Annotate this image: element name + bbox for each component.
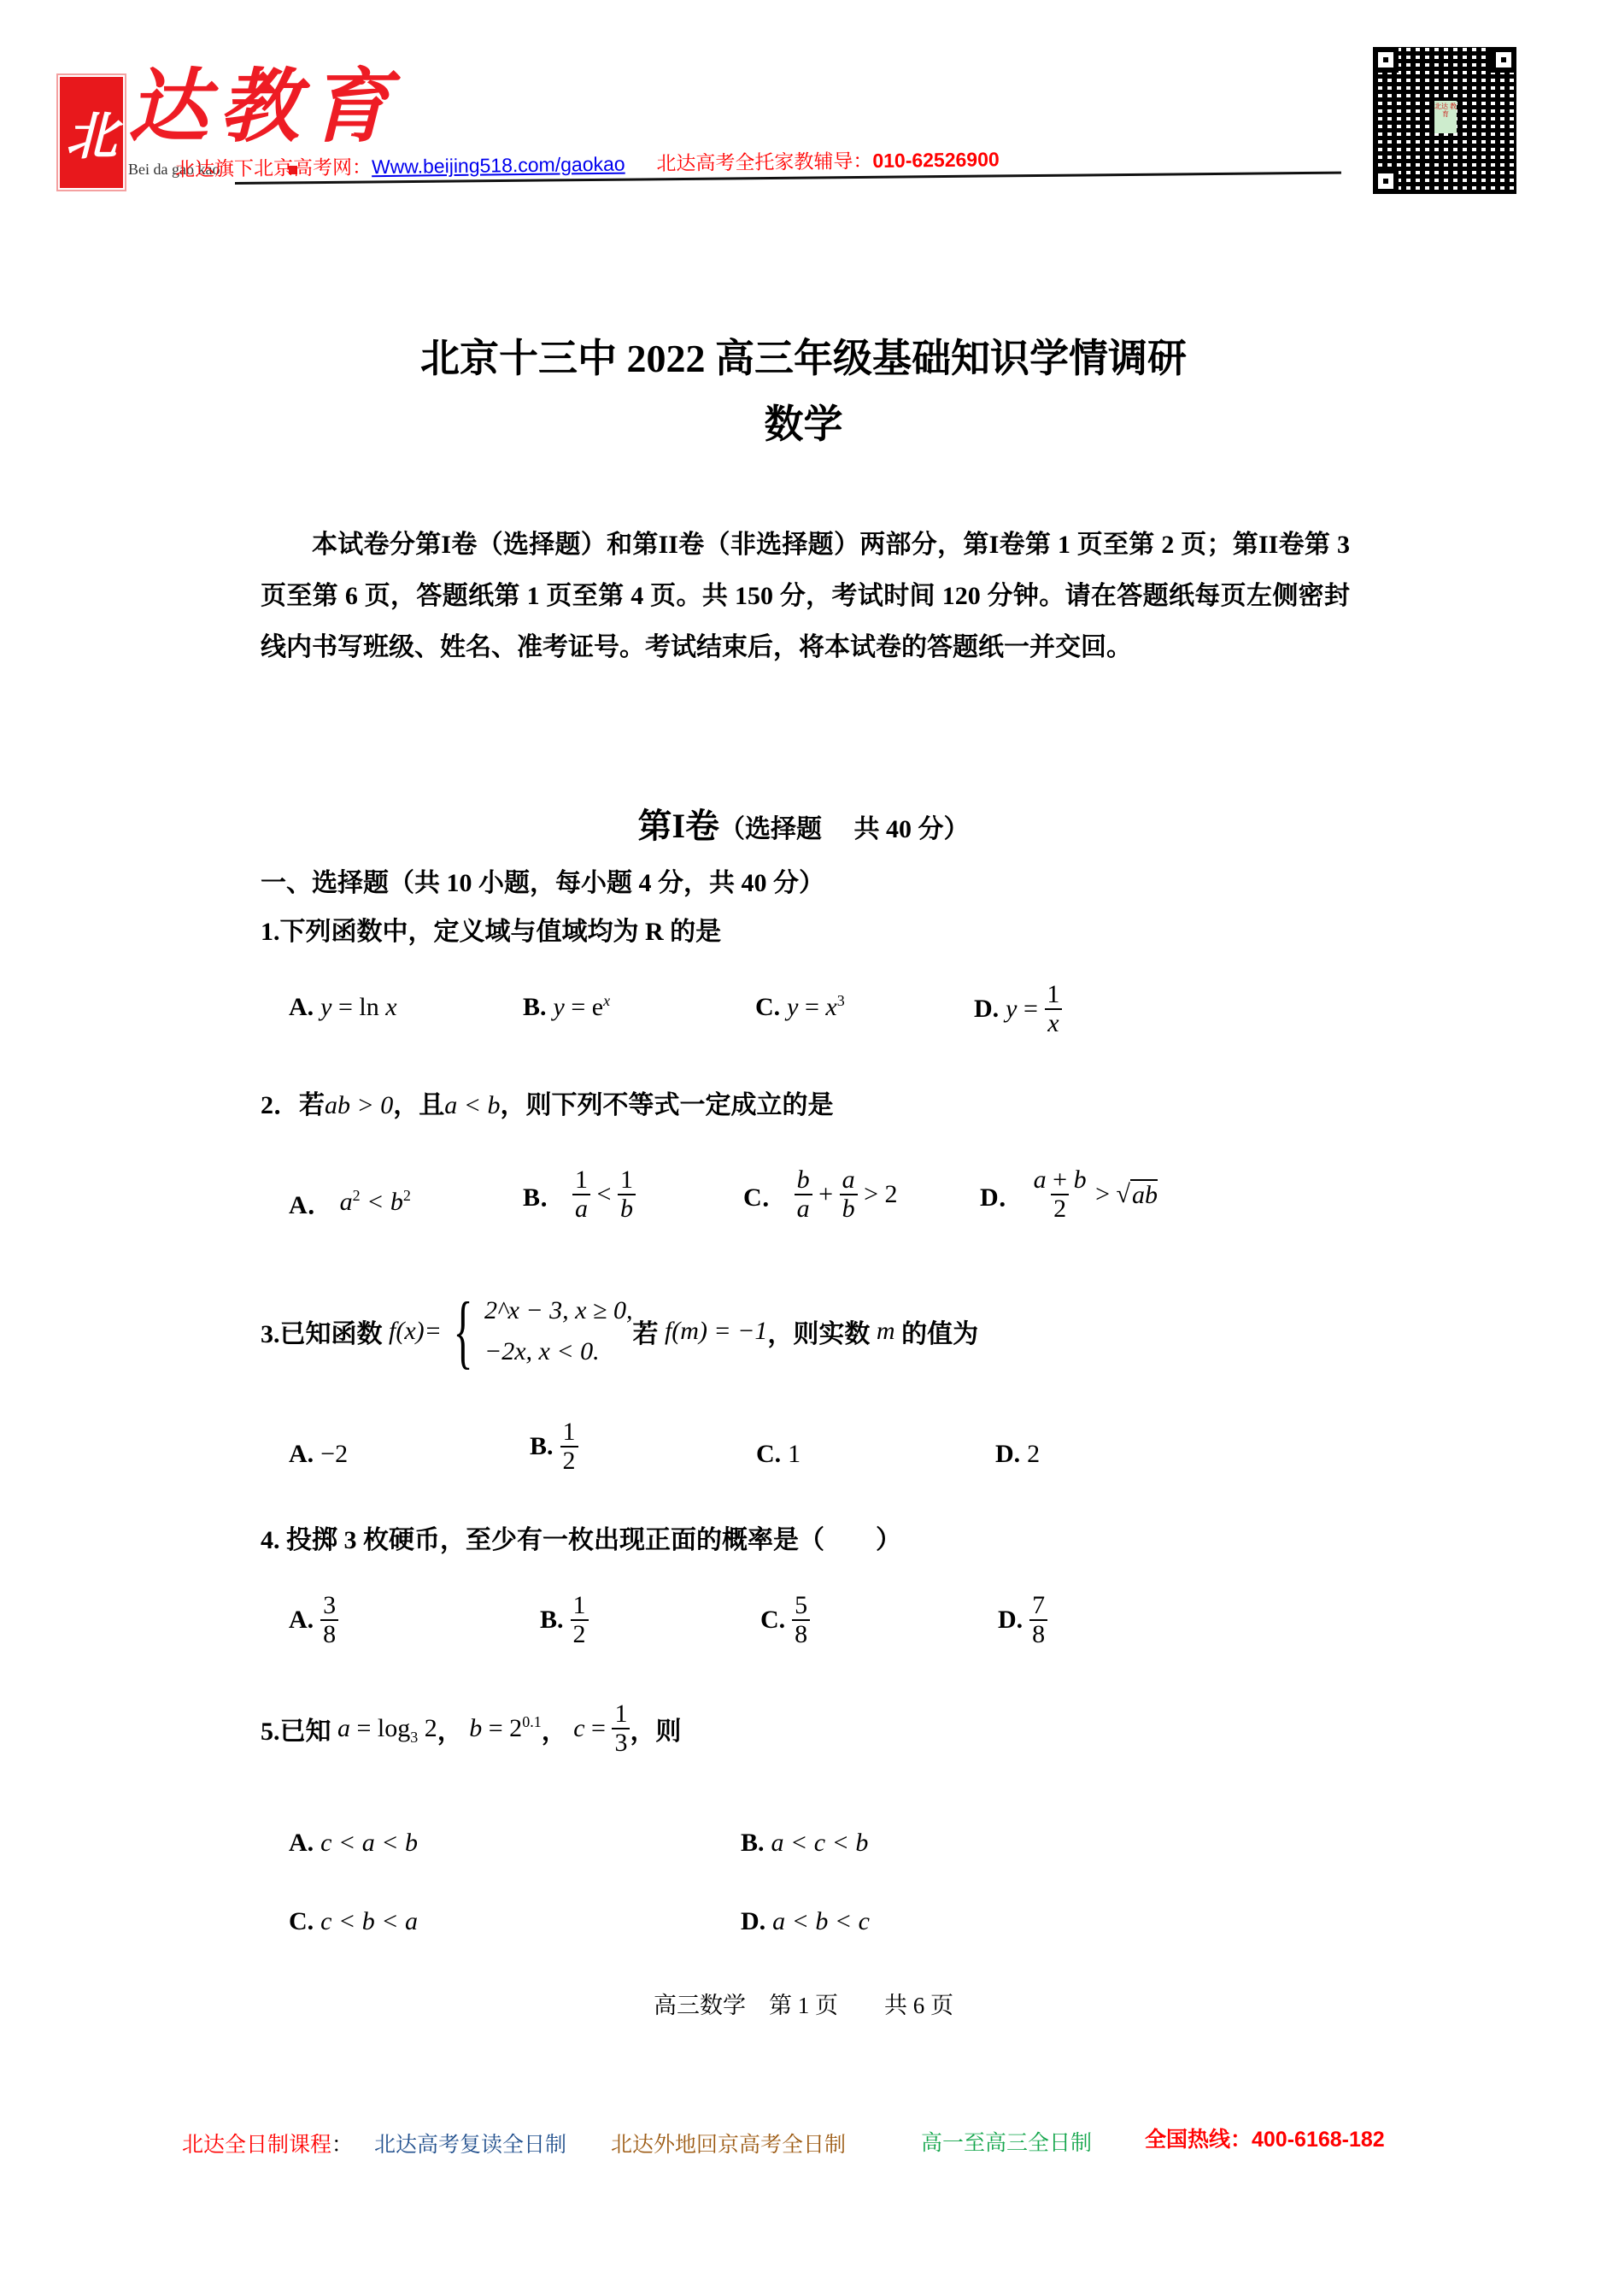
question-2-option-c: C． ba + ab > 2 (743, 1166, 898, 1222)
tutoring-label: 北达高考全托家教辅导： (656, 150, 872, 174)
part-title: 第I卷 (637, 807, 719, 845)
question-1-option-d: D. y = 1x (974, 981, 1062, 1036)
promo-course-return: 北达外地回京高考全日制 (611, 2128, 846, 2158)
promo-hotline: 全国热线：400-6168-182 (1145, 2123, 1385, 2153)
question-5-option-a: A.c < a < b (289, 1829, 418, 1858)
promo-label: 北达全日制课程： (182, 2128, 353, 2158)
question-5-stem: 5.已知 a = log3 2， b = 20.1， c = 13，则 (261, 1700, 681, 1756)
question-3-option-d: D.2 (995, 1440, 1040, 1469)
question-2-option-b: B． 1a < 1b (523, 1166, 636, 1222)
exam-subject: 数学 (0, 393, 1607, 449)
promo-course-retake: 北达高考复读全日制 (374, 2128, 566, 2158)
qr-finder-bl (1373, 168, 1399, 194)
logo-seal-char: 北 (66, 96, 117, 169)
piecewise-cases: 2^x − 3, x ≥ 0, −2x, x < 0. (484, 1290, 633, 1372)
qr-finder-tr (1491, 47, 1516, 73)
tutoring-phone: 010-62526900 (872, 148, 1000, 172)
question-4-option-b: B.12 (540, 1592, 589, 1647)
exam-title: 北京十三中 2022 高三年级基础知识学情调研 (0, 327, 1607, 384)
site-link[interactable]: Www.beijing518.com/gaokao (372, 153, 625, 179)
qr-center-logo: 北达 教育 (1434, 101, 1457, 133)
question-4-option-d: D.78 (998, 1592, 1047, 1647)
question-2-stem: 2．若ab > 0，且a < b，则下列不等式一定成立的是 (261, 1083, 834, 1121)
question-4-option-c: C.58 (760, 1592, 810, 1647)
question-3-stem: 3.已知函数 f(x)={ 2^x − 3, x ≥ 0, −2x, x < 0… (261, 1290, 978, 1372)
logo-seal: 北 (60, 77, 123, 188)
question-1-option-b: B. y = ex (523, 993, 610, 1022)
site-label: 北达旗下北京高考网： (175, 156, 372, 180)
page-number: 高三数学 第 1 页 共 6 页 (0, 1987, 1607, 2020)
question-3-option-a: A.−2 (289, 1440, 348, 1469)
question-2-option-d: D． a + b2 > √ab (980, 1166, 1158, 1222)
logo-text: 达教育 (128, 67, 400, 147)
qr-finder-tl (1373, 47, 1399, 73)
question-5-option-d: D.a < b < c (741, 1907, 870, 1936)
question-1-option-c: C. y = x3 (755, 993, 845, 1022)
question-3-option-b: B.12 (530, 1418, 578, 1474)
question-5-option-c: C.c < b < a (289, 1907, 418, 1936)
question-2-option-a: A． a2 < b2 (289, 1183, 411, 1221)
promo-course-grades: 高一至高三全日制 (921, 2126, 1092, 2157)
question-3-option-c: C.1 (756, 1440, 801, 1469)
exam-instructions: 本试卷分第I卷（选择题）和第II卷（非选择题）两部分，第I卷第 1 页至第 2 … (261, 520, 1350, 673)
part-heading: 第I卷（选择题 共 40 分） (0, 799, 1607, 848)
section-title: 一、选择题（共 10 小题，每小题 4 分，共 40 分） (261, 861, 824, 899)
question-1-option-a: A. y = ln x (289, 993, 397, 1022)
part-note: （选择题 共 40 分） (719, 815, 970, 843)
question-4-option-a: A.38 (289, 1592, 338, 1647)
question-4-stem: 4. 投掷 3 枚硬币，至少有一枚出现正面的概率是（ ） (261, 1518, 901, 1556)
question-1-stem: 1.下列函数中，定义域与值域均为 R 的是 (261, 910, 721, 948)
question-5-option-b: B.a < c < b (741, 1829, 868, 1858)
